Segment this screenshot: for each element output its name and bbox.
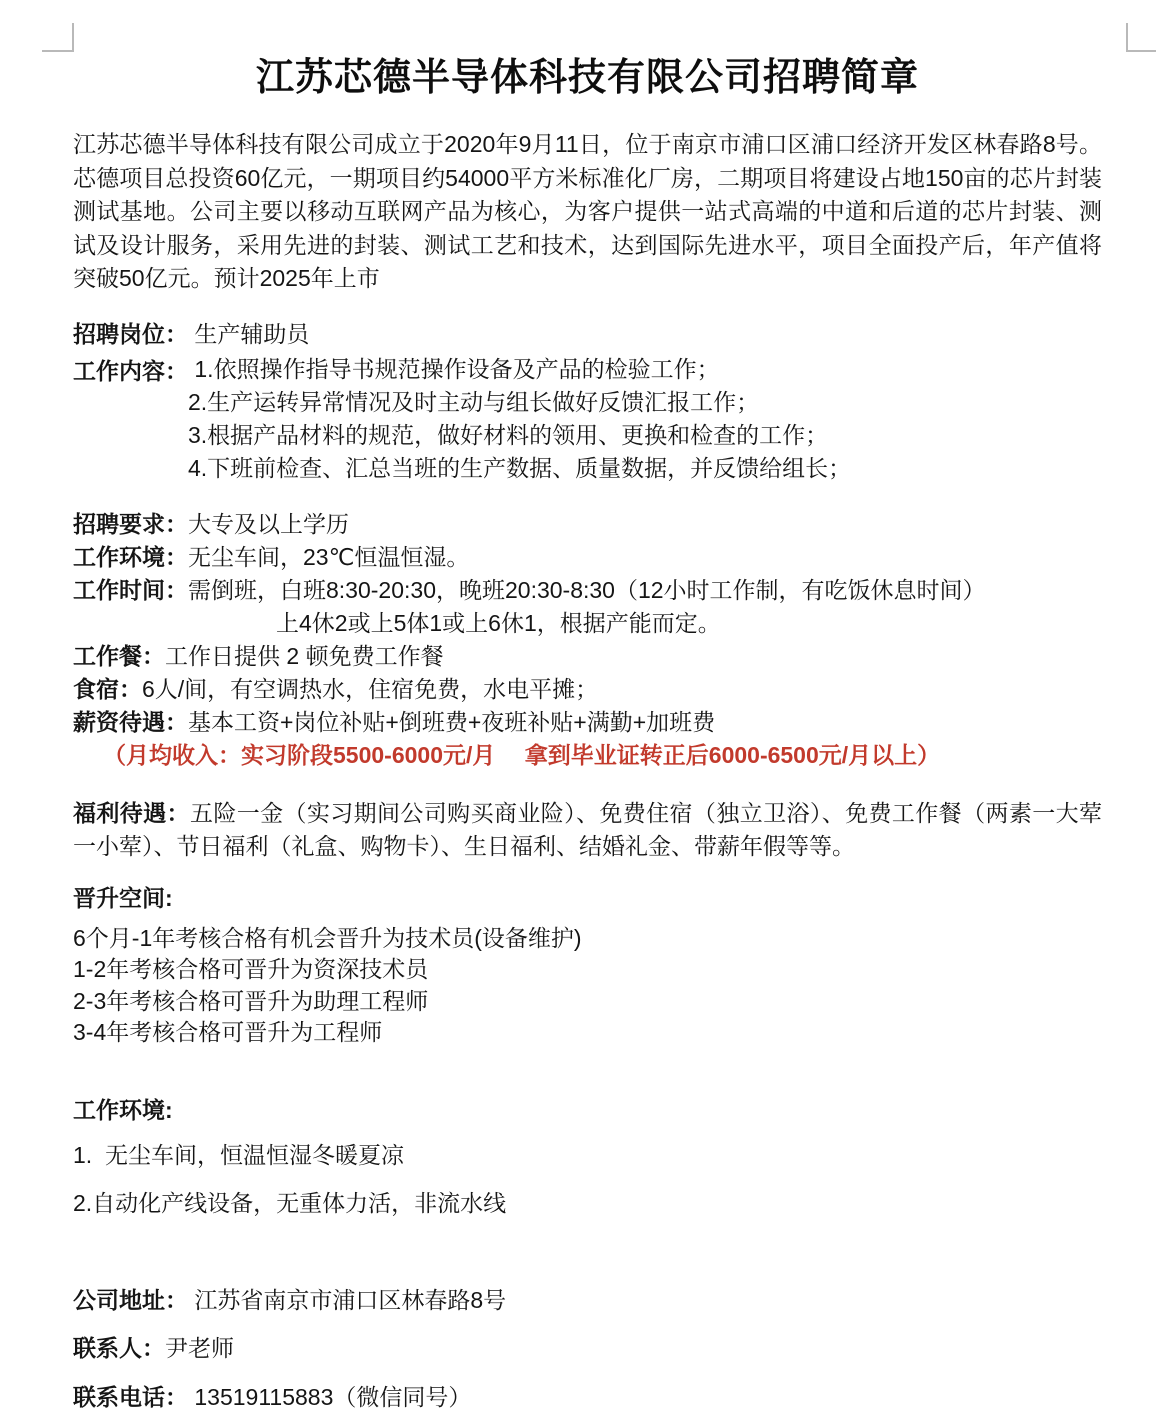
environment2-heading: 工作环境: xyxy=(73,1094,1102,1127)
contact-value: 尹老师 xyxy=(165,1335,234,1361)
address-label: 公司地址： xyxy=(73,1287,188,1313)
meals-value: 工作日提供 2 顿免费工作餐 xyxy=(165,643,444,669)
environment2-item-2: 2.自动化产线设备，无重体力活，非流水线 xyxy=(73,1187,1102,1220)
meals-label: 工作餐： xyxy=(73,643,165,669)
row-welfare: 福利待遇：五险一金（实习期间公司购买商业险）、免费住宿（独立卫浴）、免费工作餐（… xyxy=(73,797,1102,863)
duties-label: 工作内容： xyxy=(73,353,188,386)
environment2-item-1: 1. 无尘车间，恒温恒湿冬暖夏凉 xyxy=(73,1139,1102,1172)
position-value: 生产辅助员 xyxy=(188,321,309,347)
salary-label: 薪资待遇： xyxy=(73,709,188,735)
row-lodging: 食宿：6人/间，有空调热水，住宿免费，水电平摊； xyxy=(73,673,1102,706)
duty-item-1: 1.依照操作指导书规范操作设备及产品的检验工作； xyxy=(188,353,851,386)
environment2-label: 工作环境: xyxy=(73,1097,173,1123)
promotion-item-4: 3-4年考核合格可晋升为工程师 xyxy=(73,1017,1102,1049)
promotion-list: 6个月-1年考核合格有机会晋升为技术员(设备维护) 1-2年考核合格可晋升为资深… xyxy=(73,923,1102,1049)
duty-item-3: 3.根据产品材料的规范，做好材料的领用、更换和检查的工作； xyxy=(188,419,851,452)
row-position: 招聘岗位： 生产辅助员 xyxy=(73,318,1102,351)
row-salary: 薪资待遇：基本工资+岗位补贴+倒班费+夜班补贴+满勤+加班费 xyxy=(73,706,1102,739)
phone-label: 联系电话： xyxy=(73,1384,188,1410)
duty-item-4: 4.下班前检查、汇总当班的生产数据、质量数据，并反馈给组长； xyxy=(188,452,851,485)
duty-item-2: 2.生产运转异常情况及时主动与组长做好反馈汇报工作； xyxy=(188,386,851,419)
row-environment: 工作环境：无尘车间，23℃恒温恒湿。 xyxy=(73,541,1102,574)
page-corner-mark-right xyxy=(1126,23,1156,52)
contact-label: 联系人： xyxy=(73,1335,165,1361)
salary-value: 基本工资+岗位补贴+倒班费+夜班补贴+满勤+加班费 xyxy=(188,709,715,735)
row-requirements: 招聘要求：大专及以上学历 xyxy=(73,508,1102,541)
position-label: 招聘岗位： xyxy=(73,321,188,347)
salary-highlight: （月均收入：实习阶段5500-6000元/月 拿到毕业证转正后6000-6500… xyxy=(73,739,1102,772)
promotion-heading: 晋升空间: xyxy=(73,882,1102,915)
page-title: 江苏芯德半导体科技有限公司招聘简章 xyxy=(73,0,1102,102)
document-content: 江苏芯德半导体科技有限公司招聘简章 江苏芯德半导体科技有限公司成立于2020年9… xyxy=(0,0,1175,1414)
company-intro-paragraph: 江苏芯德半导体科技有限公司成立于2020年9月11日，位于南京市浦口区浦口经济开… xyxy=(73,128,1102,296)
hours-line2: 上4休2或上5体1或上6休1，根据产能而定。 xyxy=(73,607,1102,640)
row-phone: 联系电话： 13519115883（微信同号） xyxy=(73,1381,1102,1414)
hours-value: 需倒班，白班8:30-20:30，晚班20:30-8:30（12小时工作制，有吃… xyxy=(188,577,986,603)
welfare-value: 五险一金（实习期间公司购买商业险）、免费住宿（独立卫浴）、免费工作餐（两素一大荤… xyxy=(73,800,1102,859)
row-duties: 工作内容： 1.依照操作指导书规范操作设备及产品的检验工作； 2.生产运转异常情… xyxy=(73,353,1102,485)
lodging-label: 食宿： xyxy=(73,676,142,702)
environment-label: 工作环境： xyxy=(73,544,188,570)
row-hours: 工作时间：需倒班，白班8:30-20:30，晚班20:30-8:30（12小时工… xyxy=(73,574,1102,607)
promotion-item-2: 1-2年考核合格可晋升为资深技术员 xyxy=(73,954,1102,986)
row-meals: 工作餐：工作日提供 2 顿免费工作餐 xyxy=(73,640,1102,673)
duties-list: 1.依照操作指导书规范操作设备及产品的检验工作； 2.生产运转异常情况及时主动与… xyxy=(188,353,851,485)
hours-label: 工作时间： xyxy=(73,577,188,603)
promotion-item-1: 6个月-1年考核合格有机会晋升为技术员(设备维护) xyxy=(73,923,1102,955)
welfare-label: 福利待遇： xyxy=(73,800,190,826)
requirements-value: 大专及以上学历 xyxy=(188,511,349,537)
recruitment-notice-page: 江苏芯德半导体科技有限公司招聘简章 江苏芯德半导体科技有限公司成立于2020年9… xyxy=(0,0,1175,1416)
promotion-item-3: 2-3年考核合格可晋升为助理工程师 xyxy=(73,986,1102,1018)
promotion-label: 晋升空间: xyxy=(73,885,173,911)
address-value: 江苏省南京市浦口区林春路8号 xyxy=(188,1287,506,1313)
environment-value: 无尘车间，23℃恒温恒湿。 xyxy=(188,544,469,570)
row-contact: 联系人：尹老师 xyxy=(73,1332,1102,1365)
row-address: 公司地址： 江苏省南京市浦口区林春路8号 xyxy=(73,1284,1102,1317)
requirements-label: 招聘要求： xyxy=(73,511,188,537)
page-corner-mark-left xyxy=(42,23,74,52)
phone-value: 13519115883（微信同号） xyxy=(188,1384,471,1410)
lodging-value: 6人/间，有空调热水，住宿免费，水电平摊； xyxy=(142,676,598,702)
